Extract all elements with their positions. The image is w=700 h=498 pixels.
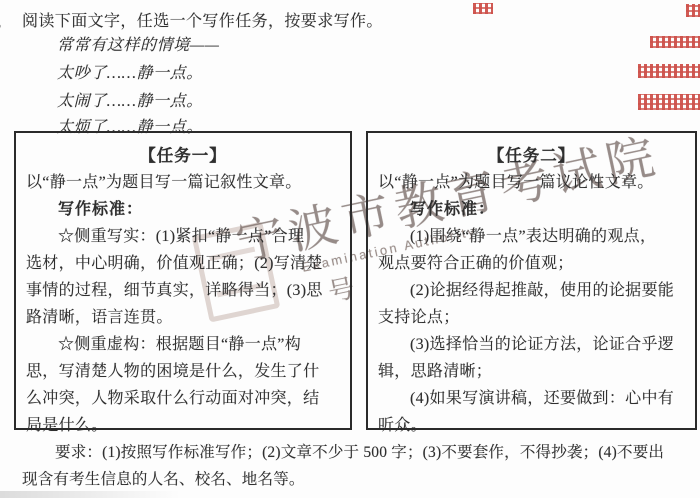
- task2-line: (2)论据经得起推敲，使用的论据要能: [378, 277, 691, 300]
- task2-line: 以“静一点”为题目写一篇议论性文章。: [378, 169, 691, 192]
- task2-line: 支持论点；: [378, 304, 691, 327]
- task2-line: 写作标准：: [378, 196, 691, 219]
- task1-line: 以“静一点”为题目写一篇记叙性文章。: [26, 169, 346, 192]
- task1-line: 么冲突，人物采取什么行动面对冲突，结: [26, 385, 346, 408]
- task2-line: (1)围绕“静一点”表达明确的观点，: [378, 223, 691, 246]
- task2-line: (3)选择恰当的论证方法，论证合乎逻: [378, 331, 691, 354]
- task1-line: 选材，中心明确，价值观正确；(2)写清楚: [26, 250, 346, 273]
- requirements-line-2: 现含有考生信息的人名、校名、地名等。: [22, 467, 305, 489]
- task1-line: ☆侧重写实：(1)紧扣“静一点”合理: [26, 223, 346, 246]
- intro-line: 阅读下面文字，任选一个写作任务，按要求写作。: [22, 8, 383, 31]
- exam-paper-page: 宁波市教育考试院 Examination Authority 号 ， 阅读下面文…: [0, 0, 700, 498]
- task2-title: 【任务二】: [368, 142, 695, 166]
- task1-line: 路清晰，语言连贯。: [26, 304, 346, 327]
- task1-line: ☆侧重虚构：根据题目“静一点”构: [26, 331, 346, 354]
- context-line: 常常有这样的情境——: [57, 32, 219, 55]
- context-line: 太吵了……静一点。: [57, 60, 203, 83]
- task2-line: 辑，思路清晰；: [378, 358, 691, 381]
- red-stamp-fragment: [473, 3, 493, 14]
- task1-line: 局是什么。: [26, 412, 346, 435]
- red-stamp-fragment: [650, 36, 700, 48]
- task2-line: 听众。: [378, 412, 691, 435]
- red-stamp-fragment: [638, 64, 700, 78]
- task1-box: 【任务一】 以“静一点”为题目写一篇记叙性文章。 写作标准： ☆侧重写实：(1)…: [14, 131, 352, 430]
- requirements-line-1: 要求：(1)按照写作标准写作；(2)文章不少于 500 字；(3)不要套作，不得…: [55, 440, 664, 462]
- task1-line: 写作标准：: [26, 196, 346, 219]
- task2-line: (4)如果写演讲稿，还要做到：心中有: [378, 385, 691, 408]
- red-stamp-fragment: [686, 4, 700, 17]
- task1-line: 思，写清楚人物的困境是什么，发生了什: [26, 358, 346, 381]
- scan-artifact: [0, 491, 180, 498]
- task1-line: 事情的过程，细节真实，详略得当；(3)思: [26, 277, 346, 300]
- task1-title: 【任务一】: [16, 142, 350, 166]
- task2-box: 【任务二】 以“静一点”为题目写一篇议论性文章。 写作标准： (1)围绕“静一点…: [366, 131, 697, 430]
- red-stamp-fragment: [638, 94, 700, 110]
- task2-line: 观点要符合正确的价值观；: [378, 250, 691, 273]
- context-line: 太闹了……静一点。: [57, 88, 203, 111]
- cropped-margin-mark: ，: [0, 10, 12, 31]
